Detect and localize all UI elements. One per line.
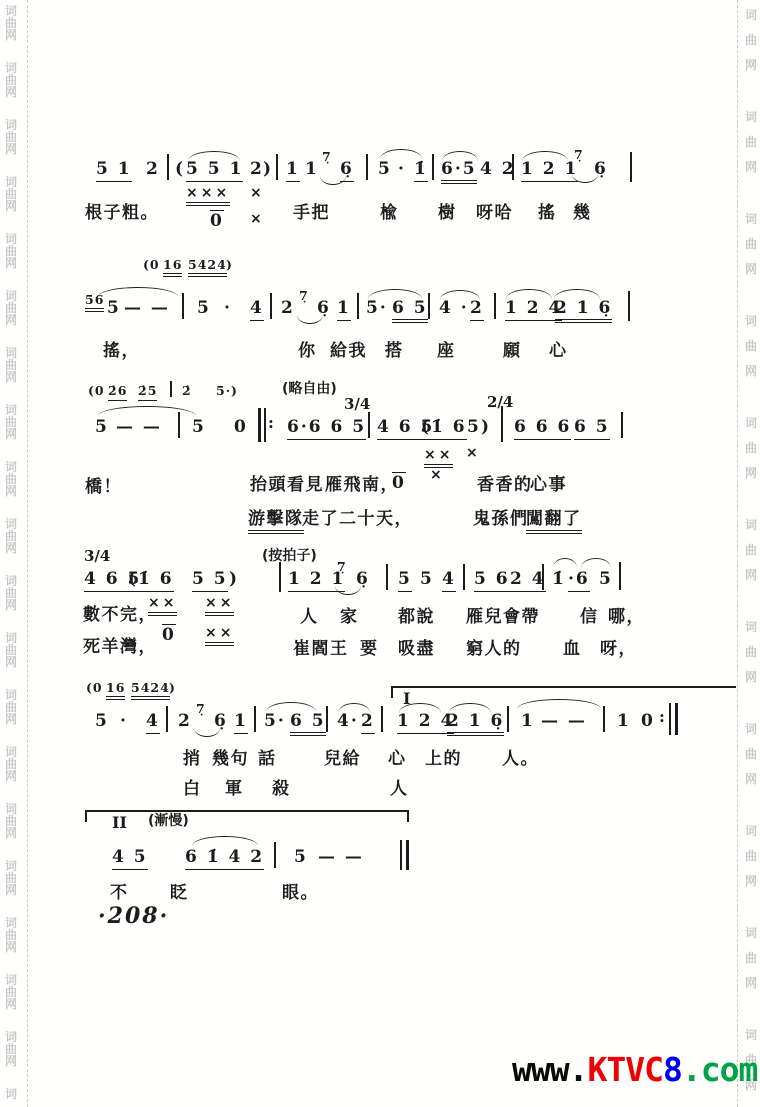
barline bbox=[494, 293, 496, 319]
notation-text: 16 bbox=[163, 258, 182, 277]
notation-text: 1 bbox=[617, 712, 631, 731]
barline bbox=[675, 703, 678, 735]
site-watermark-char: 词 bbox=[745, 720, 757, 737]
site-watermark-char: 词 bbox=[745, 6, 757, 23]
notation-text: 6 6 6 bbox=[514, 418, 571, 440]
lyric-text: 心 bbox=[388, 750, 407, 769]
beat-mark: ×× bbox=[205, 626, 234, 646]
notation-text: 5 5 1 bbox=[186, 160, 243, 182]
notation-text: 6 5 bbox=[290, 712, 326, 736]
site-watermark-char: 网 bbox=[5, 1052, 17, 1069]
barline bbox=[630, 152, 632, 182]
lyric-text: 心 bbox=[549, 342, 568, 361]
notation-text: 6̣ bbox=[356, 570, 370, 589]
lyric-text: 數不完， bbox=[83, 606, 157, 625]
slur bbox=[517, 699, 601, 709]
notation-text: 1 2 4 bbox=[505, 299, 562, 321]
barline bbox=[178, 412, 180, 438]
site-watermark-char: 网 bbox=[5, 482, 17, 499]
notation-text: — — bbox=[124, 299, 170, 318]
notation-text: 4 2 bbox=[480, 160, 516, 179]
lyric-text: 兒給 bbox=[324, 750, 361, 769]
notation-text: 5 bbox=[398, 570, 412, 592]
notation-text: 2̇5 bbox=[138, 384, 157, 401]
lyric-text: 窮人的 bbox=[466, 640, 522, 659]
notation-text: 5 1 bbox=[96, 160, 132, 182]
notation-text: 2 bbox=[178, 712, 192, 731]
notation-text: 5· bbox=[264, 712, 286, 731]
notation-text: 6·6 6 5 bbox=[287, 418, 366, 440]
notation-text: 2 bbox=[470, 299, 484, 321]
lyric-text: 捎 bbox=[183, 750, 202, 769]
barline bbox=[400, 840, 402, 870]
notation-text: ( bbox=[421, 418, 431, 437]
barline bbox=[167, 154, 169, 180]
lyric-text: 眨 bbox=[170, 884, 189, 903]
logo-ktvc: KTVC bbox=[587, 1050, 662, 1089]
lyric-text: 搖， bbox=[103, 342, 140, 361]
site-watermark-char: 网 bbox=[745, 668, 757, 685]
lyric-text: 人 bbox=[300, 608, 319, 627]
notation-text: (0 bbox=[143, 258, 160, 272]
lyric-text: 話 bbox=[258, 750, 277, 769]
site-watermark-char: 网 bbox=[5, 824, 17, 841]
notation-text: 2 bbox=[146, 160, 160, 179]
notation-text: 7̣ bbox=[196, 702, 206, 716]
notation-text: 5 5 bbox=[192, 570, 228, 592]
notation-text: 7̣ bbox=[322, 150, 332, 164]
barline bbox=[258, 408, 261, 442]
lyric-text: 座 bbox=[437, 342, 456, 361]
notation-text: 0 bbox=[162, 624, 176, 645]
slur bbox=[553, 558, 577, 568]
notation-text: (0 bbox=[86, 681, 103, 695]
lyric-text: 呀哈 bbox=[476, 204, 513, 223]
notation-text: 1 bbox=[521, 712, 535, 731]
lyric-text: 眼。 bbox=[282, 884, 319, 903]
notation-text: 5 bbox=[599, 570, 613, 589]
notation-text: ) bbox=[226, 258, 233, 272]
lyric-text: 給我 bbox=[330, 342, 367, 361]
notation-text: · bbox=[224, 299, 232, 318]
barline bbox=[432, 154, 434, 180]
site-watermark-char: 词 bbox=[745, 822, 757, 839]
lyric-text: 幾 bbox=[573, 204, 592, 223]
site-watermark-char: 网 bbox=[5, 425, 17, 442]
notation-text: 4· bbox=[337, 712, 359, 731]
notation-text: 5 6 bbox=[474, 570, 510, 592]
notation-text: 5424 bbox=[131, 681, 170, 700]
barline bbox=[621, 412, 623, 438]
site-watermark-char: 曲 bbox=[745, 847, 757, 864]
tempo-annotation: (略自由) bbox=[282, 382, 337, 397]
site-watermark-char: 曲 bbox=[745, 337, 757, 354]
lyric-text: 殺 bbox=[272, 780, 291, 799]
lyric-text: 家 bbox=[340, 608, 359, 627]
barline bbox=[170, 381, 172, 397]
notation-text: 1 2 1 bbox=[521, 160, 578, 182]
site-watermark-char: 网 bbox=[745, 872, 757, 889]
site-watermark-char: 网 bbox=[5, 140, 17, 157]
barline bbox=[182, 293, 184, 319]
notation-text: 5 bbox=[197, 299, 211, 318]
site-watermark-char: 网 bbox=[745, 158, 757, 175]
barline bbox=[501, 406, 503, 442]
lyric-text: 游擊隊 bbox=[248, 510, 304, 534]
barline bbox=[463, 564, 465, 590]
edge-dashed-rule bbox=[27, 0, 28, 1107]
site-watermark-char: 网 bbox=[5, 653, 17, 670]
tempo-annotation: (按拍子) bbox=[262, 549, 317, 564]
barline bbox=[276, 154, 278, 180]
site-watermark-char: 网 bbox=[5, 881, 17, 898]
site-watermark-char: 网 bbox=[5, 539, 17, 556]
notation-text: 6·5 bbox=[441, 160, 477, 184]
logo-com: .com bbox=[682, 1050, 757, 1089]
site-watermark-char: 网 bbox=[5, 311, 17, 328]
notation-text: · bbox=[120, 712, 128, 731]
notation-text: 5424 bbox=[188, 258, 227, 277]
notation-text: 16 bbox=[106, 681, 125, 700]
lyric-text: 走了二十天， bbox=[302, 510, 413, 529]
lyric-text: 楡 bbox=[380, 204, 399, 223]
barline bbox=[406, 840, 409, 870]
tempo-annotation: (漸慢) bbox=[148, 814, 189, 829]
beat-mark: ×× bbox=[205, 596, 234, 616]
notation-text: — — bbox=[116, 418, 162, 437]
lyric-text: 不 bbox=[110, 884, 129, 903]
lyric-text: 幾句 bbox=[212, 750, 249, 769]
site-watermark-char: 词 bbox=[745, 414, 757, 431]
volta-bracket-tick bbox=[407, 810, 409, 822]
lyric-text: 吸盡 bbox=[398, 640, 435, 659]
ktvc8-watermark-link[interactable]: www.KTVC8.com bbox=[512, 1050, 757, 1089]
notation-text: 0 bbox=[210, 210, 224, 231]
notation-text: 7̣ bbox=[574, 148, 584, 162]
notation-text: 5 bbox=[420, 570, 434, 589]
notation-text: 1 bbox=[286, 160, 300, 182]
barline bbox=[628, 291, 630, 321]
site-watermark-char: 网 bbox=[5, 767, 17, 784]
site-watermark-char: 词 bbox=[745, 210, 757, 227]
lyric-text: 血 bbox=[563, 640, 582, 659]
site-watermark-char: 网 bbox=[745, 974, 757, 991]
time-signature: 3/4 bbox=[344, 396, 370, 413]
lyric-text: 要 bbox=[360, 640, 379, 659]
lyric-text: 搭 bbox=[385, 342, 404, 361]
site-watermark-char: 词 bbox=[745, 312, 757, 329]
notation-text: 1̇ 6 bbox=[138, 570, 174, 592]
notation-text: 2̇ bbox=[182, 384, 192, 398]
site-watermark-char: 曲 bbox=[745, 643, 757, 660]
repeat-dots: : bbox=[268, 414, 274, 432]
notation-text: · bbox=[398, 160, 406, 179]
lyric-text: 雁兒會帶 bbox=[466, 608, 540, 627]
barline bbox=[264, 408, 266, 442]
site-watermark-char: 词 bbox=[745, 516, 757, 533]
notation-text: ) bbox=[169, 681, 176, 695]
beat-mark: × bbox=[430, 468, 445, 483]
lyric-text: 白 bbox=[183, 780, 202, 799]
volta-bracket-tick bbox=[391, 686, 393, 698]
barline bbox=[274, 842, 276, 868]
notation-text: 4 bbox=[250, 299, 264, 321]
lyric-text: 哪， bbox=[608, 608, 645, 627]
volta-bracket-tick bbox=[85, 810, 87, 822]
slur bbox=[192, 836, 258, 846]
site-watermark-char: 网 bbox=[745, 56, 757, 73]
notation-text: 5 bbox=[294, 848, 308, 867]
notation-text: — — bbox=[318, 848, 364, 867]
repeat-dots: : bbox=[659, 708, 665, 726]
notation-text: 1̇ 6 bbox=[431, 418, 467, 440]
notation-text: 0 bbox=[641, 712, 655, 731]
notation-text: 1 bbox=[234, 712, 248, 734]
volta-label: II bbox=[112, 814, 127, 832]
notation-text: 1 2 4 bbox=[397, 712, 454, 734]
site-watermark-char: 曲 bbox=[745, 235, 757, 252]
lyric-text: 心事 bbox=[530, 476, 567, 495]
notation-text: 2 bbox=[361, 712, 375, 734]
lyric-text: 雁飛南， bbox=[325, 476, 399, 495]
site-watermark-char: 词 bbox=[745, 618, 757, 635]
lyric-text: 根子粗。 bbox=[85, 204, 159, 223]
slur bbox=[581, 558, 611, 568]
lyric-text: 軍 bbox=[225, 780, 244, 799]
site-watermark-char: 词 bbox=[5, 1085, 17, 1102]
site-watermark-char: 词 bbox=[745, 108, 757, 125]
logo-eight: 8 bbox=[663, 1050, 682, 1089]
lyric-text: 人。 bbox=[502, 750, 539, 769]
site-watermark-char: 网 bbox=[5, 254, 17, 271]
lyric-text: 樹 bbox=[438, 204, 457, 223]
site-watermark-char: 曲 bbox=[745, 439, 757, 456]
notation-text: 5·) bbox=[216, 384, 238, 398]
notation-text: 5 bbox=[95, 418, 109, 437]
lyric-text: 上的 bbox=[425, 750, 462, 769]
notation-text: 1 bbox=[305, 160, 319, 179]
notation-text: ) bbox=[481, 418, 491, 437]
lyric-text: 你 bbox=[298, 342, 317, 361]
barline bbox=[366, 154, 368, 180]
lyric-text: 抬頭看見 bbox=[250, 476, 324, 495]
notation-text: 1 bbox=[337, 299, 351, 321]
notation-text: 4 bbox=[442, 570, 456, 592]
notation-text: 7̣ bbox=[299, 289, 309, 303]
lyric-text: 闖翻了 bbox=[526, 510, 582, 534]
notation-text: ) bbox=[263, 160, 273, 179]
notation-text: 2 1 6̣ bbox=[447, 712, 504, 736]
notation-text: 7̣ bbox=[337, 560, 347, 574]
site-watermark-char: 网 bbox=[5, 995, 17, 1012]
lyric-text: 搖 bbox=[538, 204, 557, 223]
notation-text: ) bbox=[229, 570, 239, 589]
site-watermark-char: 网 bbox=[5, 710, 17, 727]
notation-text: ·6 bbox=[568, 570, 590, 592]
site-watermark-char: 网 bbox=[5, 83, 17, 100]
beat-mark: ×× bbox=[424, 448, 453, 468]
site-watermark-char: 网 bbox=[745, 362, 757, 379]
lyric-text: 信 bbox=[580, 608, 599, 627]
barline bbox=[279, 562, 281, 592]
notation-text: 2 bbox=[250, 160, 264, 179]
notation-text: 6̣ bbox=[594, 160, 608, 179]
site-watermark-char: 曲 bbox=[745, 541, 757, 558]
barline bbox=[603, 706, 605, 732]
sheet-music-page: 5 12(5 5 12)117̣6̣5·1̇6·54 21 2 17̣6̣×××… bbox=[0, 0, 760, 1107]
beat-mark: × bbox=[466, 446, 481, 461]
barline bbox=[619, 562, 621, 590]
notation-text: 1̇ bbox=[552, 570, 566, 589]
barline bbox=[512, 154, 514, 180]
lyric-text: 呀， bbox=[600, 640, 637, 659]
barline bbox=[270, 293, 272, 319]
slur bbox=[380, 149, 422, 159]
notation-text: 0 bbox=[234, 418, 248, 437]
site-watermark-char: 网 bbox=[745, 464, 757, 481]
notation-text: 4 · bbox=[439, 299, 469, 318]
lyric-text: 死羊灣， bbox=[83, 638, 157, 657]
lyric-text: 崔閻王 bbox=[293, 640, 349, 659]
lyric-text: 橋！ bbox=[85, 478, 122, 497]
barline bbox=[428, 293, 430, 319]
notation-text: (0 bbox=[88, 384, 105, 398]
notation-text: 2̇6 bbox=[108, 384, 127, 401]
barline bbox=[357, 293, 359, 319]
beat-mark: ××× bbox=[186, 186, 230, 206]
notation-text: 5· bbox=[366, 299, 388, 318]
slur bbox=[98, 406, 196, 416]
notation-text: 2 4 bbox=[510, 570, 546, 592]
barline bbox=[507, 706, 509, 732]
site-watermark-char: 网 bbox=[5, 26, 17, 43]
lyric-text: 願 bbox=[503, 342, 522, 361]
notation-text: 1̇ bbox=[414, 160, 428, 182]
notation-text: ( bbox=[175, 160, 185, 179]
notation-text: 6 1̇ 4 2 bbox=[185, 848, 264, 870]
notation-text: 6̣ bbox=[214, 712, 228, 731]
notation-text: 5 bbox=[378, 160, 392, 179]
site-watermark-char: 曲 bbox=[745, 745, 757, 762]
notation-text: 6̣ bbox=[340, 160, 354, 182]
notation-text: 6 5 bbox=[392, 299, 428, 323]
lyric-text: 香香的 bbox=[477, 476, 533, 495]
notation-text: 5 bbox=[467, 418, 481, 437]
site-watermark-char: 网 bbox=[5, 596, 17, 613]
beat-mark: × bbox=[250, 212, 265, 227]
notation-text: 4 bbox=[146, 712, 160, 734]
notation-text: 4 5 bbox=[112, 848, 148, 870]
site-watermark-char: 网 bbox=[745, 566, 757, 583]
lyric-text: 手把 bbox=[293, 204, 330, 223]
barline bbox=[166, 706, 168, 732]
lyric-text: 人 bbox=[390, 780, 409, 799]
lyric-text: 都說 bbox=[398, 608, 435, 627]
barline bbox=[386, 564, 388, 590]
site-watermark-char: 网 bbox=[5, 197, 17, 214]
notation-text: 2 bbox=[281, 299, 295, 318]
barline bbox=[254, 706, 256, 732]
site-watermark-char: 网 bbox=[745, 770, 757, 787]
barline bbox=[669, 703, 671, 735]
site-watermark-char: 词 bbox=[745, 924, 757, 941]
volta-2-bracket bbox=[85, 810, 408, 812]
notation-text: 6 5 bbox=[574, 418, 610, 440]
notation-text: 0 bbox=[392, 472, 406, 493]
barline bbox=[381, 706, 383, 732]
time-signature: 3/4 bbox=[84, 548, 110, 565]
site-watermark-char: 曲 bbox=[745, 133, 757, 150]
barline bbox=[326, 706, 328, 732]
logo-www: www. bbox=[512, 1050, 587, 1089]
site-watermark-char: 词 bbox=[745, 1026, 757, 1043]
slur bbox=[98, 287, 178, 297]
barline bbox=[368, 412, 370, 438]
volta-1-bracket bbox=[391, 686, 736, 688]
lyric-text: 鬼孫們 bbox=[473, 510, 529, 529]
notation-text: 2 1 6̣ bbox=[555, 299, 612, 323]
barline bbox=[542, 564, 544, 590]
notation-text: 5 bbox=[95, 712, 109, 731]
site-watermark-char: 网 bbox=[5, 368, 17, 385]
notation-text: ( bbox=[128, 570, 138, 589]
site-watermark-char: 曲 bbox=[745, 31, 757, 48]
notation-text: — — bbox=[541, 712, 587, 731]
edge-dashed-rule bbox=[737, 0, 738, 1107]
notation-text: 5 bbox=[107, 299, 121, 318]
page-number: ·208· bbox=[98, 903, 169, 929]
notation-text: 5 bbox=[192, 418, 206, 437]
beat-mark: × bbox=[250, 186, 265, 201]
site-watermark-char: 网 bbox=[5, 938, 17, 955]
site-watermark-char: 曲 bbox=[745, 949, 757, 966]
site-watermark-char: 网 bbox=[745, 260, 757, 277]
notation-text: 6̣ bbox=[317, 299, 331, 318]
